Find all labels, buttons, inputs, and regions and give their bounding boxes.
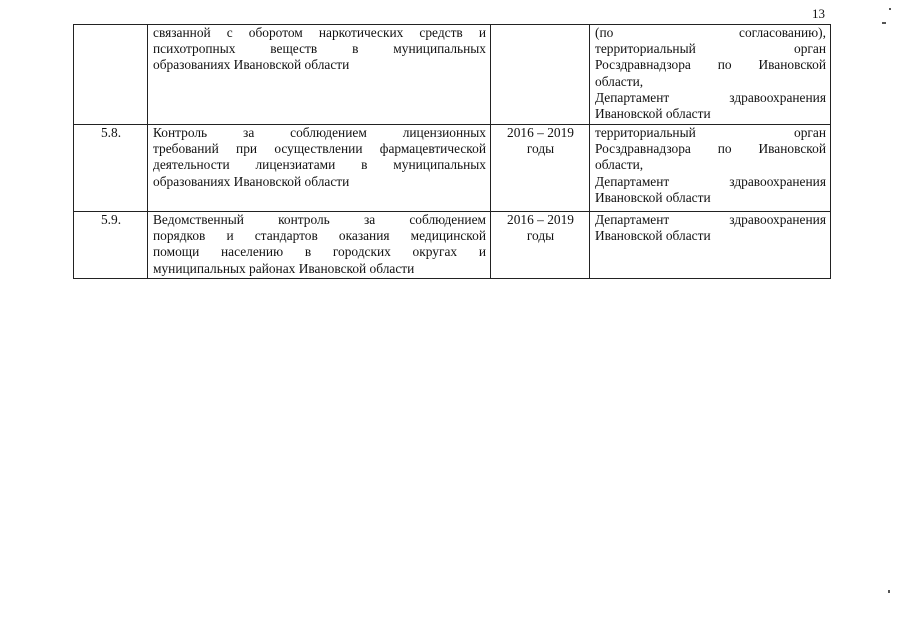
scan-speck <box>888 590 890 593</box>
text-line: Контроль за соблюдением лицензионных <box>153 125 486 141</box>
period-cell: 2016 – 2019годы <box>491 212 590 279</box>
table-row: 5.8.Контроль за соблюдением лицензионных… <box>74 125 831 212</box>
text-line: Департамент здравоохранения <box>595 90 826 106</box>
item-number-cell: 5.8. <box>74 125 148 212</box>
scan-speck <box>889 8 891 10</box>
text-line: муниципальных районах Ивановской области <box>153 261 486 277</box>
table-row: связанной с оборотом наркотических средс… <box>74 25 831 125</box>
text-line: Росздравнадзора по Ивановской <box>595 57 826 73</box>
responsible-cell: территориальный органРосздравнадзора по … <box>590 125 831 212</box>
text-line: Департамент здравоохранения <box>595 174 826 190</box>
table-row: 5.9.Ведомственный контроль за соблюдение… <box>74 212 831 279</box>
text-line: требований при осуществлении фармацевтич… <box>153 141 486 157</box>
measures-table: связанной с оборотом наркотических средс… <box>73 24 831 279</box>
period-cell <box>491 25 590 125</box>
text-line: порядков и стандартов оказания медицинск… <box>153 228 486 244</box>
text-line: территориальный орган <box>595 125 826 141</box>
responsible-cell: Департамент здравоохраненияИвановской об… <box>590 212 831 279</box>
text-line: связанной с оборотом наркотических средс… <box>153 25 486 41</box>
measure-cell: Контроль за соблюдением лицензионныхтреб… <box>148 125 491 212</box>
measure-cell: Ведомственный контроль за соблюдениемпор… <box>148 212 491 279</box>
text-line: образованиях Ивановской области <box>153 57 486 73</box>
text-line: образованиях Ивановской области <box>153 174 486 190</box>
measure-cell: связанной с оборотом наркотических средс… <box>148 25 491 125</box>
scan-speck <box>882 22 886 24</box>
text-line: Ивановской области <box>595 190 826 206</box>
text-line: 2016 – 2019 <box>496 125 585 141</box>
period-cell: 2016 – 2019годы <box>491 125 590 212</box>
item-number-cell <box>74 25 148 125</box>
text-line: психотропных веществ в муниципальных <box>153 41 486 57</box>
text-line: Департамент здравоохранения <box>595 212 826 228</box>
text-line: Ведомственный контроль за соблюдением <box>153 212 486 228</box>
text-line: годы <box>496 141 585 157</box>
page-number: 13 <box>812 6 825 22</box>
text-line: Росздравнадзора по Ивановской <box>595 141 826 157</box>
text-line: области, <box>595 74 826 90</box>
text-line: деятельности лицензиатами в муниципальны… <box>153 157 486 173</box>
responsible-cell: (по согласованию),территориальный органР… <box>590 25 831 125</box>
text-line: Ивановской области <box>595 106 826 122</box>
text-line: 2016 – 2019 <box>496 212 585 228</box>
text-line: Ивановской области <box>595 228 826 244</box>
text-line: территориальный орган <box>595 41 826 57</box>
text-line: помощи населению в городских округах и <box>153 244 486 260</box>
item-number-cell: 5.9. <box>74 212 148 279</box>
text-line: области, <box>595 157 826 173</box>
text-line: годы <box>496 228 585 244</box>
text-line: (по согласованию), <box>595 25 826 41</box>
